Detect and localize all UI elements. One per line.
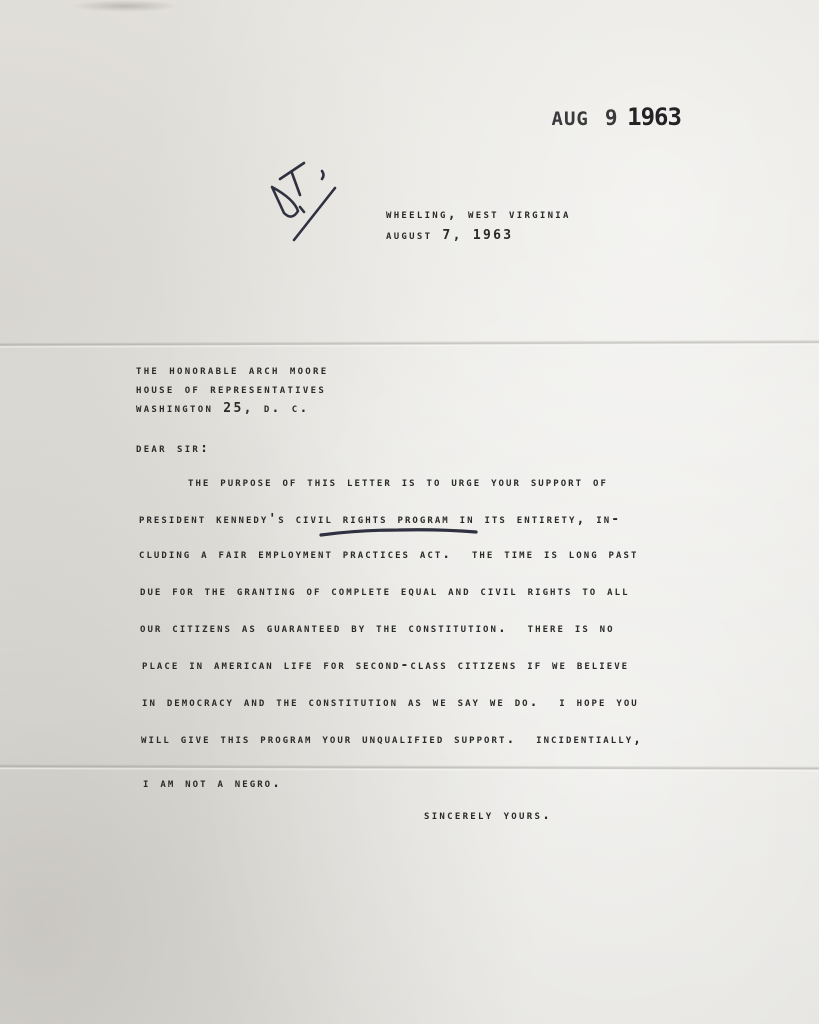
closing: Sincerely yours. [424,809,552,822]
body-line: our citizens as guaranteed by the Consti… [140,622,615,635]
body-line: due for the granting of complete equal a… [140,585,630,598]
letter-date: August 7, 1963 [386,229,513,242]
body-line: The purpose of this letter is to urge yo… [188,476,608,489]
stamp-year: 1963 [627,103,681,131]
recipient-office: House of Representatives [136,383,326,396]
letter-place: Wheeling, West Virginia [386,208,571,221]
salutation: Dear Sir: [136,442,210,455]
handwritten-underline [318,527,480,539]
fold-crease-lower [0,764,819,772]
body-line: in democracy and the Constitution as we … [142,696,639,709]
body-line: President Kennedy's civil rights program… [139,513,621,526]
stamp-day: 9 [605,106,618,130]
fold-crease-upper [0,340,819,349]
body-line: I am not a Negro. [143,777,282,790]
letter-paper: AUG9 1963 Wheeling, West Virginia August… [0,0,819,1024]
handwritten-initials-mark [262,155,352,250]
recipient-name: The Honorable Arch Moore [136,364,328,377]
body-line: will give this program your unqualified … [141,733,643,746]
body-line: cluding a fair employment practices act.… [139,548,638,561]
recipient-city: Washington 25, D. C. [136,402,310,415]
received-date-stamp: AUG9 1963 [513,84,681,150]
stamp-month: AUG [552,108,589,130]
body-line: place in American life for second-class … [142,659,629,672]
paper-crinkle [70,0,180,12]
